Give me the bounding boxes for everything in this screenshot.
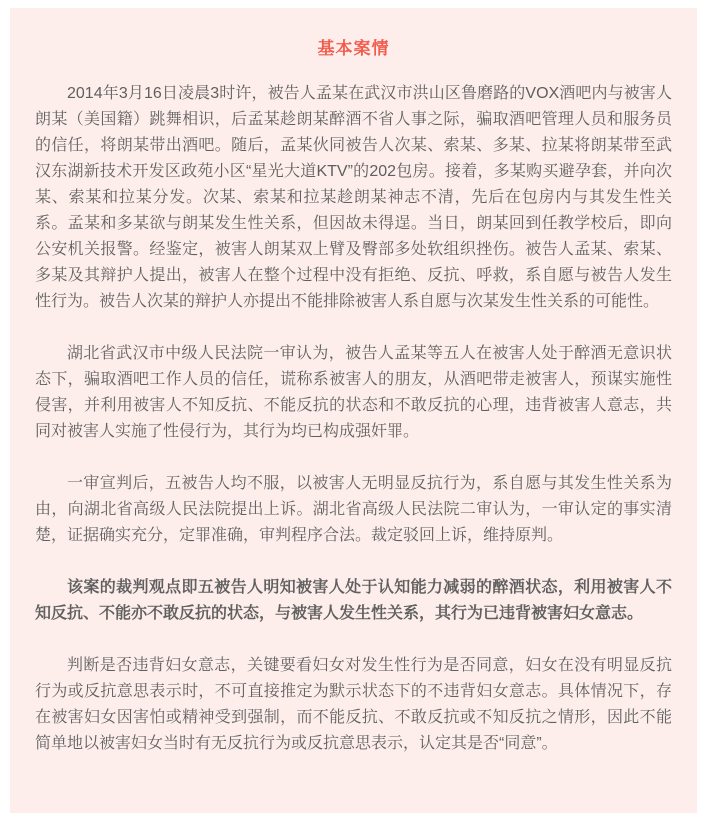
paragraph-commentary: 判断是否违背妇女意志，关键要看妇女对发生性行为是否同意，妇女在没有明显反抗行为或… [35,653,672,757]
page: 基本案情 2014年3月16日凌晨3时许，被告人孟某在武汉市洪山区鲁磨路的VOX… [0,0,707,821]
paragraph-holding: 该案的裁判观点即五被告人明知被害人处于认知能力减弱的醉酒状态，利用被害人不知反抗… [35,575,672,627]
paragraph-case-facts: 2014年3月16日凌晨3时许，被告人孟某在武汉市洪山区鲁磨路的VOX酒吧内与被… [35,81,672,315]
paragraph-first-instance-judgment: 湖北省武汉市中级人民法院一审认为，被告人孟某等五人在被害人处于醉酒无意识状态下，… [35,341,672,445]
content-panel: 基本案情 2014年3月16日凌晨3时许，被告人孟某在武汉市洪山区鲁磨路的VOX… [10,8,697,813]
paragraph-appeal-judgment: 一审宣判后，五被告人均不服，以被害人无明显反抗行为，系自愿与其发生性关系为由，向… [35,471,672,549]
article-title: 基本案情 [35,34,672,59]
